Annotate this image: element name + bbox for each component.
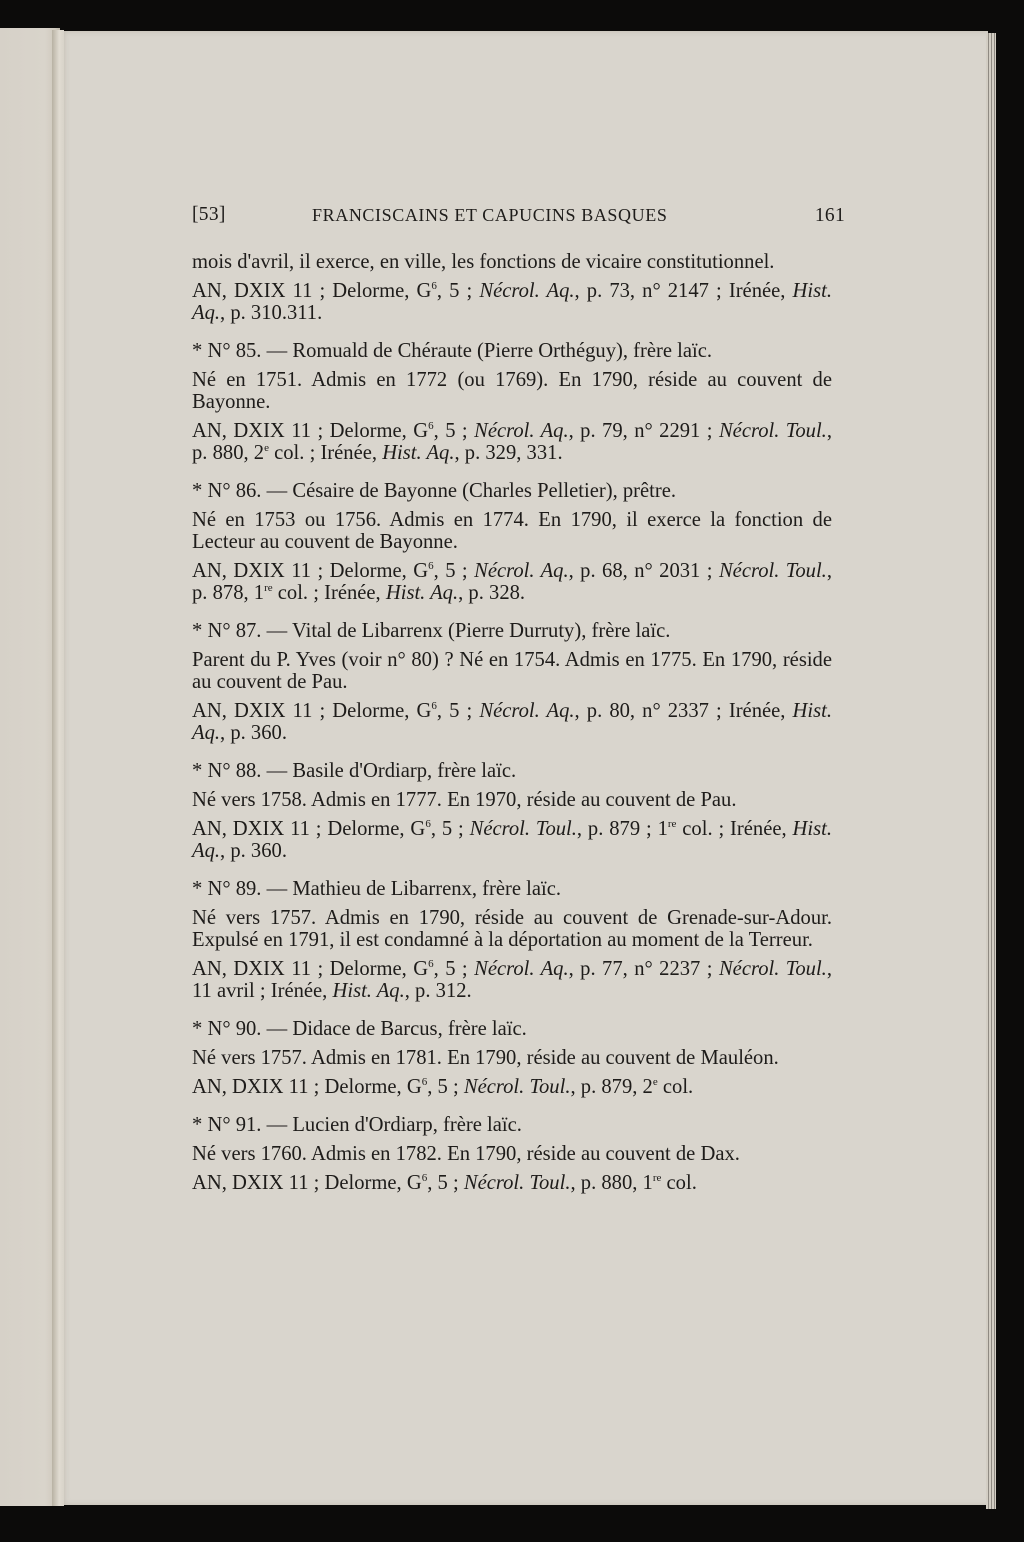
left-page-edge bbox=[0, 28, 60, 1506]
entry-refs-85: AN, DXIX 11 ; Delorme, G6, 5 ; Nécrol. A… bbox=[192, 420, 832, 464]
entry-body-91: Né vers 1760. Admis en 1782. En 1790, ré… bbox=[192, 1143, 832, 1165]
page-body: mois d'avril, il exerce, en ville, les f… bbox=[192, 251, 832, 1194]
references: AN, DXIX 11 ; Delorme, G6, 5 ; Nécrol. A… bbox=[192, 280, 832, 324]
running-header: [53] FRANCISCAINS ET CAPUCINS BASQUES 16… bbox=[192, 204, 845, 234]
entry-heading-88: * N° 88. — Basile d'Ordiarp, frère laïc. bbox=[192, 760, 832, 782]
entry-refs-87: AN, DXIX 11 ; Delorme, G6, 5 ; Nécrol. A… bbox=[192, 700, 832, 744]
book-gutter bbox=[52, 30, 64, 1506]
entry-heading-87: * N° 87. — Vital de Libarrenx (Pierre Du… bbox=[192, 620, 832, 642]
entry-refs-90: AN, DXIX 11 ; Delorme, G6, 5 ; Nécrol. T… bbox=[192, 1076, 832, 1098]
entry-body-87: Parent du P. Yves (voir n° 80) ? Né en 1… bbox=[192, 649, 832, 693]
entry-body-85: Né en 1751. Admis en 1772 (ou 1769). En … bbox=[192, 369, 832, 413]
entry-body-88: Né vers 1758. Admis en 1777. En 1970, ré… bbox=[192, 789, 832, 811]
entry-heading-86: * N° 86. — Césaire de Bayonne (Charles P… bbox=[192, 480, 832, 502]
entry-heading-85: * N° 85. — Romuald de Chéraute (Pierre O… bbox=[192, 340, 832, 362]
entry-refs-91: AN, DXIX 11 ; Delorme, G6, 5 ; Nécrol. T… bbox=[192, 1172, 832, 1194]
entry-body-89: Né vers 1757. Admis en 1790, réside au c… bbox=[192, 907, 832, 951]
entry-body-90: Né vers 1757. Admis en 1781. En 1790, ré… bbox=[192, 1047, 832, 1069]
section-number: [53] bbox=[192, 204, 226, 226]
entry-refs-89: AN, DXIX 11 ; Delorme, G6, 5 ; Nécrol. A… bbox=[192, 958, 832, 1002]
entry-heading-91: * N° 91. — Lucien d'Ordiarp, frère laïc. bbox=[192, 1114, 832, 1136]
entry-refs-88: AN, DXIX 11 ; Delorme, G6, 5 ; Nécrol. T… bbox=[192, 818, 832, 862]
entry-heading-89: * N° 89. — Mathieu de Libarrenx, frère l… bbox=[192, 878, 832, 900]
entry-refs-86: AN, DXIX 11 ; Delorme, G6, 5 ; Nécrol. A… bbox=[192, 560, 832, 604]
running-title: FRANCISCAINS ET CAPUCINS BASQUES bbox=[312, 205, 667, 226]
page-stack-edge bbox=[986, 33, 996, 1509]
continuation-paragraph: mois d'avril, il exerce, en ville, les f… bbox=[192, 251, 832, 273]
entry-heading-90: * N° 90. — Didace de Barcus, frère laïc. bbox=[192, 1018, 832, 1040]
page-number: 161 bbox=[815, 205, 845, 227]
entry-body-86: Né en 1753 ou 1756. Admis en 1774. En 17… bbox=[192, 509, 832, 553]
